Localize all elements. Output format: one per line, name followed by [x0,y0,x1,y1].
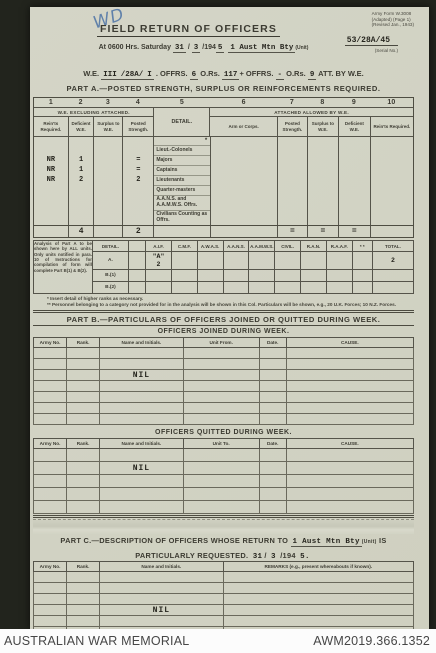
nil-row: NIL [34,370,414,381]
form-sheet: WD FIELD RETURN OF OFFICERS Army Form W.… [30,7,429,629]
at-prefix: At 0600 Hrs. Saturday [99,44,171,51]
part-c-year: 5. [298,553,312,562]
total-cell [370,226,413,237]
total-cell [153,226,210,237]
group-we-excluding-attached: W.E. EXCLUDING ATTACHED. Rein'ts Require… [34,108,153,136]
paper-fold-crease [33,519,414,534]
col-att-reinforcements [370,137,413,225]
col-number: 9 [338,98,370,107]
table-header-cell: Name and Initials. [100,439,184,449]
ors2-label: O.Rs. [286,69,306,78]
group-attached-allowed: ATTACHED ALLOWED BY W.E. Arm or Corps. P… [210,108,413,136]
we-value-3: I [145,71,154,80]
col-surplus-to-we [93,137,122,225]
we-value-1: III [101,71,119,80]
detail-label: Majors [154,155,210,165]
nil-entry: NIL [100,370,184,381]
plus-sign: + [239,69,243,78]
form-ref-line3: (Revised Jan., 1943) [372,22,414,28]
empty-row [34,572,414,583]
year-printed: /194 [280,551,296,560]
officers-quitted-title: OFFICERS QUITTED DURING WEEK. [33,427,414,438]
archive-institution-label: AUSTRALIAN WAR MEMORIAL [4,634,189,648]
unit-name: 1 Aust Mtn Bty [228,44,295,53]
nil-entry: NIL [100,462,184,475]
table-header-cell: Date. [259,439,286,449]
army-form-reference: Army Form W.3008 (Adapted) (Page 1) (Rev… [372,11,414,28]
table-header-cell: CAUSE. [286,439,413,449]
total-cell [34,226,68,237]
analysis-note: Analysis of Part A to be shown here by A… [34,241,93,294]
part-c-title-suffix: IS [379,536,387,545]
table-header-cell: Rank. [67,562,100,572]
analysis-header: TOTAL. [372,241,413,252]
sub-header: Surplus to W.E. [93,117,122,136]
group-label-right: ATTACHED ALLOWED BY W.E. [210,108,413,117]
sub-header: Rein'ts Required. [370,117,413,136]
analysis-table: Analysis of Part A to be shown here by A… [33,240,414,294]
total-cell [93,226,122,237]
strength-value: NR [34,175,68,185]
part-a-title: PART A.—POSTED STRENGTH, SURPLUS OR REIN… [33,84,414,97]
footnote-2: ** Personnel belonging to a category not… [47,302,414,308]
strength-value: NR [34,165,68,175]
part-a-header-rows: W.E. EXCLUDING ATTACHED. Rein'ts Require… [34,108,413,137]
offrs-value: 6 [190,71,199,80]
part-a-table: 1 2 3 4 5 6 7 8 9 10 W.E. EXCLUDING ATTA… [33,97,414,238]
part-c-title-prefix: PART C.—DESCRIPTION OF OFFICERS WHOSE RE… [60,536,288,545]
sub-headers-right: Arm or Corps. Posted Strength. Surplus t… [210,117,413,136]
section-divider [33,310,414,313]
part-b-title: PART B.—PARTICULARS OF OFFICERS JOINED O… [33,314,414,326]
offrs2-label: OFFRS. [246,69,274,78]
sub-header: Posted Strength. [277,117,307,136]
table-header-cell: Unit To. [183,439,259,449]
page-title: FIELD RETURN OF OFFICERS [33,19,344,37]
detail-label: Captains [154,165,210,175]
table-header-cell: Army No. [34,562,67,572]
table-header-cell: Rank. [67,439,100,449]
part-c-title-line2: PARTICULARLY REQUESTED. [135,551,248,560]
group-label-left: W.E. EXCLUDING ATTACHED. [34,108,153,117]
unit-label: (Unit) [295,45,308,51]
empty-row [34,501,414,514]
col-att-posted-strength [277,137,307,225]
analysis-header: DETAIL. [92,241,128,252]
col-number: 1 [34,98,68,107]
table-header-cell: CAUSE. [286,338,413,348]
quitted-header-row: Army No. Rank. Name and Initials. Unit T… [34,439,414,449]
column-number-row: 1 2 3 4 5 6 7 8 9 10 [34,98,413,108]
total-cell: = [338,226,370,237]
strength-value: 2 [123,175,153,185]
empty-row [34,359,414,370]
sub-header: Surplus to W.E. [307,117,338,136]
total-cell [210,226,277,237]
analysis-header: * * [352,241,372,252]
aif-count: 2 [146,261,171,269]
analysis-header: A.A.N.S. [223,241,249,252]
total-cell: = [307,226,338,237]
offrs-label: OFFRS. [160,69,188,78]
col-posted-strength: = = 2 [122,137,153,225]
table-header-cell: Unit From. [183,338,259,348]
date-year: 5 [216,44,225,53]
att-label: ATT. BY W.E. [318,69,364,78]
part-c-title: PART C.—DESCRIPTION OF OFFICERS WHOSE RE… [33,534,414,561]
nil-row: NIL [34,462,414,475]
ors-value: 117 [222,71,240,80]
analysis-total-value: 2 [372,252,413,270]
analysis-header: R.A.A.F. [326,241,352,252]
col-detail: * Lieut.-Colonels Majors Captains Lieute… [153,137,210,225]
detail-column-header: DETAIL. [153,108,210,136]
page-title-text: FIELD RETURN OF OFFICERS [97,23,280,37]
nil-entry: NIL [100,605,224,616]
analysis-row-label: A. [92,252,128,270]
detail-label: Quarter-masters [154,185,210,195]
sub-header: Deficient W.E. [68,117,94,136]
officers-joined-title: OFFICERS JOINED DURING WEEK. [33,326,414,337]
empty-row [34,403,414,414]
part-c-day: 31 [251,553,265,562]
archive-footer-bar: AUSTRALIAN WAR MEMORIAL AWM2019.366.1352 [0,629,436,653]
analysis-header: R.A.N. [301,241,327,252]
part-c-month: 3 [269,553,278,562]
col-att-deficient [338,137,370,225]
slash: / [264,551,266,560]
empty-row [34,475,414,488]
empty-row [34,583,414,594]
empty-row [34,414,414,425]
col-number: 4 [122,98,153,107]
col-number: 2 [68,98,94,107]
sub-header: Deficient W.E. [338,117,370,136]
total-cell: 4 [68,226,94,237]
sub-header: Rein'ts Required. [34,117,68,136]
ors2-value: 9 [308,71,317,80]
nil-row: NIL [34,605,414,616]
analysis-header: A.A.M.W.S. [249,241,275,252]
form-header: WD FIELD RETURN OF OFFICERS Army Form W.… [33,11,414,69]
col-att-surplus [307,137,338,225]
we-value-2: /28A/ [119,71,146,80]
analysis-row-label: B.(1) [92,270,128,282]
scanned-document-page: { "colors": { "paper": "#d2d3c4", "backg… [0,0,436,653]
analysis-header: A.W.A.S. [197,241,223,252]
officers-quitted-table: Army No. Rank. Name and Initials. Unit T… [33,438,414,514]
sub-header: Posted Strength. [122,117,153,136]
higher-ranks-asterisk: * [154,137,210,145]
date-day: 31 [173,44,186,53]
analysis-header: A.I.F. [146,241,172,252]
empty-row [34,392,414,403]
analysis-header-row: Analysis of Part A to be shown here by A… [34,241,414,252]
part-a-body: NR NR NR 1 1 2 = = 2 * Lieut.-Colon [34,137,413,225]
form-ref-line1: Army Form W.3008 [372,11,414,17]
analysis-row-label: B.(2) [92,282,128,294]
table-header-cell: Name and Initials. [100,338,184,348]
empty-row [34,488,414,501]
sub-headers-left: Rein'ts Required. Deficient W.E. Surplus… [34,117,153,136]
strength-value: 1 [69,155,94,165]
empty-row [34,381,414,392]
empty-row [34,449,414,462]
detail-label: Lieut.-Colonels [154,145,210,155]
strength-value: NR [34,155,68,165]
total-count: 2 [373,257,413,265]
empty-row [34,348,414,359]
col-number: 3 [93,98,122,107]
empty-row [34,594,414,605]
total-cell: 2 [122,226,153,237]
col-number: 5 [153,98,210,107]
strength-value: = [123,165,153,175]
analysis-header [129,241,146,252]
year-printed: 194 [204,44,216,51]
total-cell: = [277,226,307,237]
col-deficient-we: 1 1 2 [68,137,94,225]
col-number: 8 [307,98,338,107]
we-strength-line: W.E. III/28A/I . OFFRS. 6 O.Rs. 117+ OFF… [33,69,414,84]
col-number: 7 [277,98,307,107]
slash: / [188,44,190,51]
archive-item-id: AWM2019.366.1352 [313,634,430,648]
table-header-cell: Date. [259,338,286,348]
col-arm-or-corps [210,137,277,225]
strength-value: 1 [69,165,94,175]
aif-class: "A" [146,253,171,261]
col-reinforcements-required: NR NR NR [34,137,68,225]
sub-header: Arm or Corps. [210,117,277,136]
detail-label: A.A.N.S. and A.A.M.W.S. Offrs. [154,195,210,210]
table-header-cell: Army No. [34,439,67,449]
part-a-footnotes: * Insert detail of higher ranks as neces… [47,296,414,308]
table-header-cell: Rank. [67,338,100,348]
part-a-total-row: 4 2 = = = [34,225,413,237]
analysis-header: C.M.F. [171,241,197,252]
table-header-cell: Army No. [34,338,67,348]
col-number: 6 [210,98,277,107]
part-c-table: Army No. Rank. Name and Initials. REMARK… [33,561,414,638]
date-unit-line: At 0600 Hrs. Saturday 31 / 3 /1945 1 Aus… [33,44,374,52]
analysis-aif-value: "A" 2 [146,252,172,270]
analysis-header: CIVIL. [275,241,301,252]
unit-label: (Unit) [362,539,377,545]
strength-value: 2 [69,175,94,185]
date-month: 3 [192,44,201,53]
officers-joined-table: Army No. Rank. Name and Initials. Unit F… [33,337,414,425]
empty-row [34,616,414,627]
joined-header-row: Army No. Rank. Name and Initials. Unit F… [34,338,414,348]
ors-label: O.Rs. [200,69,220,78]
detail-label: Civilians Counting as Offrs. [154,210,210,225]
detail-label: Lieutenants [154,175,210,185]
offrs2-value: - [276,71,285,80]
strength-value: = [123,155,153,165]
part-c-unit: 1 Aust Mtn Bty [291,538,362,547]
col-number: 10 [370,98,413,107]
section-divider [33,515,414,518]
we-label: W.E. [83,69,99,78]
